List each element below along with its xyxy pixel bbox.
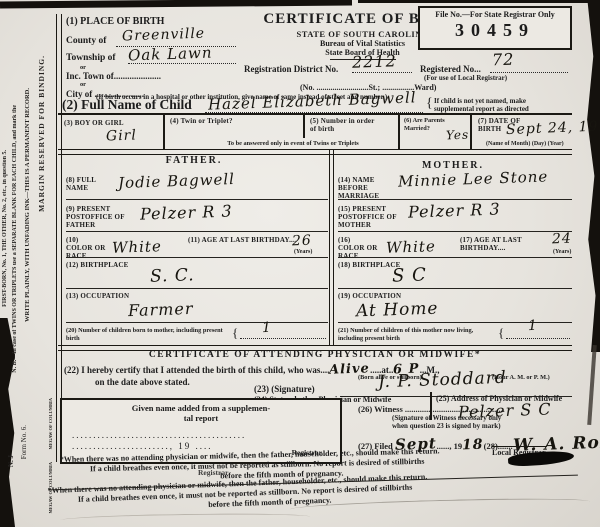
registered-no-label: Registered No...	[420, 64, 481, 74]
father-mother-divider	[329, 150, 334, 346]
q5-divider	[398, 114, 400, 150]
supplemental-dots1: ........................................…	[72, 430, 340, 440]
mother-po-label: (15) PRESENT POSTOFFICE OF MOTHER	[338, 205, 400, 229]
father-rule-2	[66, 231, 328, 232]
children-living-line	[506, 328, 570, 339]
q6-value: Yes	[446, 128, 470, 143]
scanned-birth-certificate: FIRST-BORN, No. 1, THE OTHER, No. 2, etc…	[0, 0, 600, 527]
mother-po-value: Pelzer R 3	[408, 199, 501, 221]
county-value: Greenville	[122, 26, 206, 45]
margin-note-first-born: FIRST-BORN, No. 1, THE OTHER, No. 2, etc…	[2, 150, 8, 307]
father-rule-3	[66, 257, 328, 258]
registration-district-label: Registration District No.	[244, 64, 338, 74]
place-of-birth-label: (1) PLACE OF BIRTH	[66, 16, 164, 27]
scan-edge-top	[0, 0, 352, 9]
physician-cert-title: CERTIFICATE OF ATTENDING PHYSICIAN OR MI…	[58, 350, 572, 360]
margin-note-binding: MARGIN RESERVED FOR BINDING.	[37, 55, 46, 212]
q5-label: (5) Number in order of birth	[310, 117, 380, 133]
q4-divider	[303, 114, 305, 138]
file-box-label: File No.—For State Registrar Only	[420, 10, 570, 19]
q7-note: (Name of Month) (Day) (Year)	[486, 141, 564, 148]
signature-label: (23) (Signature)	[254, 384, 315, 394]
county-label: County of	[66, 36, 106, 46]
witness-note: (Signature of Witness necessary only whe…	[392, 414, 501, 431]
father-po-value: Pelzer R 3	[140, 201, 233, 223]
father-name-value: Jodie Bagwell	[118, 170, 236, 192]
mother-rule-3	[338, 257, 572, 258]
form-left-border	[56, 14, 62, 462]
witness-dots: ........................................…	[405, 404, 505, 414]
q45-note: To be answered only in event of Twins or…	[178, 140, 408, 148]
inc-town-label: Inc. Town of.....................	[66, 71, 161, 81]
father-age-value: 26	[292, 233, 312, 250]
footnote-registrar-ghost: Registrar	[198, 468, 228, 477]
full-name-line	[205, 102, 423, 113]
scan-edge-top-right	[358, 0, 600, 3]
children-living-brace: {	[498, 325, 504, 341]
mother-rule-1	[338, 199, 572, 200]
scan-edge-right	[572, 0, 600, 352]
township-value: Oak Lawn	[128, 44, 213, 65]
mother-rule-4	[338, 288, 572, 289]
father-rule-4	[66, 288, 328, 289]
physician-signature-value: J. P. Stoddard	[378, 368, 507, 392]
father-birthplace-value: S. C.	[150, 265, 195, 287]
full-name-label: (2) Full Name of Child	[62, 97, 192, 113]
witness-line: (26) Witness ...........................…	[358, 404, 505, 414]
q3-label: (3) BOY OR GIRL	[64, 119, 124, 127]
registered-no-line	[490, 62, 568, 73]
date-above-stated: on the date above stated.	[95, 377, 190, 387]
father-age-note: (Years)	[294, 249, 312, 256]
file-number-value: 30459	[420, 20, 570, 41]
attended-birth-label: (22) I hereby certify that I attended th…	[64, 365, 329, 375]
q6-divider	[470, 114, 472, 150]
margin-note-write-plainly: WRITE PLAINLY, WITH UNFADING INK—THIS IS…	[24, 88, 31, 322]
children-born-line	[240, 328, 326, 339]
q4-label: (4) Twin or Triplet?	[170, 117, 240, 125]
father-occupation-value: Farmer	[128, 299, 194, 320]
q3-divider	[163, 114, 165, 150]
children-living-label: (21) Number of children of this mother n…	[338, 327, 493, 342]
mother-birthplace-value: S C	[392, 264, 428, 286]
margin-form-no: Form No. 6.	[20, 425, 28, 459]
father-rule-1	[66, 199, 328, 200]
margin-nj: N. J	[7, 455, 15, 467]
registration-district-line	[352, 62, 412, 73]
supplemental-line1: Given name added from a supplemen-	[62, 403, 340, 413]
mother-name-value: Minnie Lee Stone	[398, 167, 549, 190]
father-birthplace-label: (12) BIRTHPLACE	[66, 261, 146, 269]
or-2: or	[80, 81, 86, 89]
witness-note-line1: (Signature of Witness necessary only	[392, 414, 501, 422]
supplemental-line2: tal report	[62, 413, 340, 423]
father-occupation-label: (13) OCCUPATION	[66, 292, 146, 300]
not-named-note-line1: If child is not yet named, make	[434, 97, 529, 105]
mother-age-value: 24	[552, 231, 572, 248]
children-born-label: (20) Number of children born to mother, …	[66, 327, 226, 342]
children-born-brace: {	[232, 325, 238, 341]
q6-label: (6) Are Parents Married?	[404, 117, 450, 132]
mother-rule-2	[338, 231, 572, 232]
father-name-label: (8) FULL NAME	[66, 176, 108, 192]
mother-race-value: White	[386, 237, 436, 257]
witness-note-line2: when question 23 is signed by mark)	[392, 422, 501, 430]
father-rule-5	[66, 322, 328, 323]
mother-age-note: (Years)	[553, 249, 571, 256]
file-number-box: File No.—For State Registrar Only 30459	[418, 6, 572, 50]
father-po-label: (9) PRESENT POSTOFFICE OF FATHER	[66, 205, 128, 229]
witness-label: (26) Witness	[358, 404, 403, 414]
margin-note-twins: N. B.—In case of TWINS OR TRIPLETS use a…	[12, 105, 18, 373]
not-named-note: If child is not yet named, make suppleme…	[434, 97, 529, 114]
q3-value: Girl	[106, 127, 137, 144]
not-named-brace: {	[426, 96, 433, 112]
father-section-title: FATHER.	[58, 155, 330, 166]
scan-streak-right	[587, 345, 597, 425]
local-registrar-note: (For use of Local Registrar)	[424, 74, 507, 82]
father-race-value: White	[112, 237, 162, 257]
mother-occupation-value: At Home	[356, 299, 439, 322]
father-age-label: (11) AGE AT LAST BIRTHDAY....	[188, 236, 298, 244]
q7-value: Sept 24, 1918	[506, 118, 600, 138]
township-label: Township of	[66, 53, 116, 63]
margin-printer-mark: MEGAW OF COLUMBIA	[48, 398, 53, 450]
mother-name-label: (14) NAME BEFORE MARRIAGE	[338, 176, 394, 200]
questions-row: (3) BOY OR GIRL Girl (4) Twin or Triplet…	[58, 114, 572, 150]
